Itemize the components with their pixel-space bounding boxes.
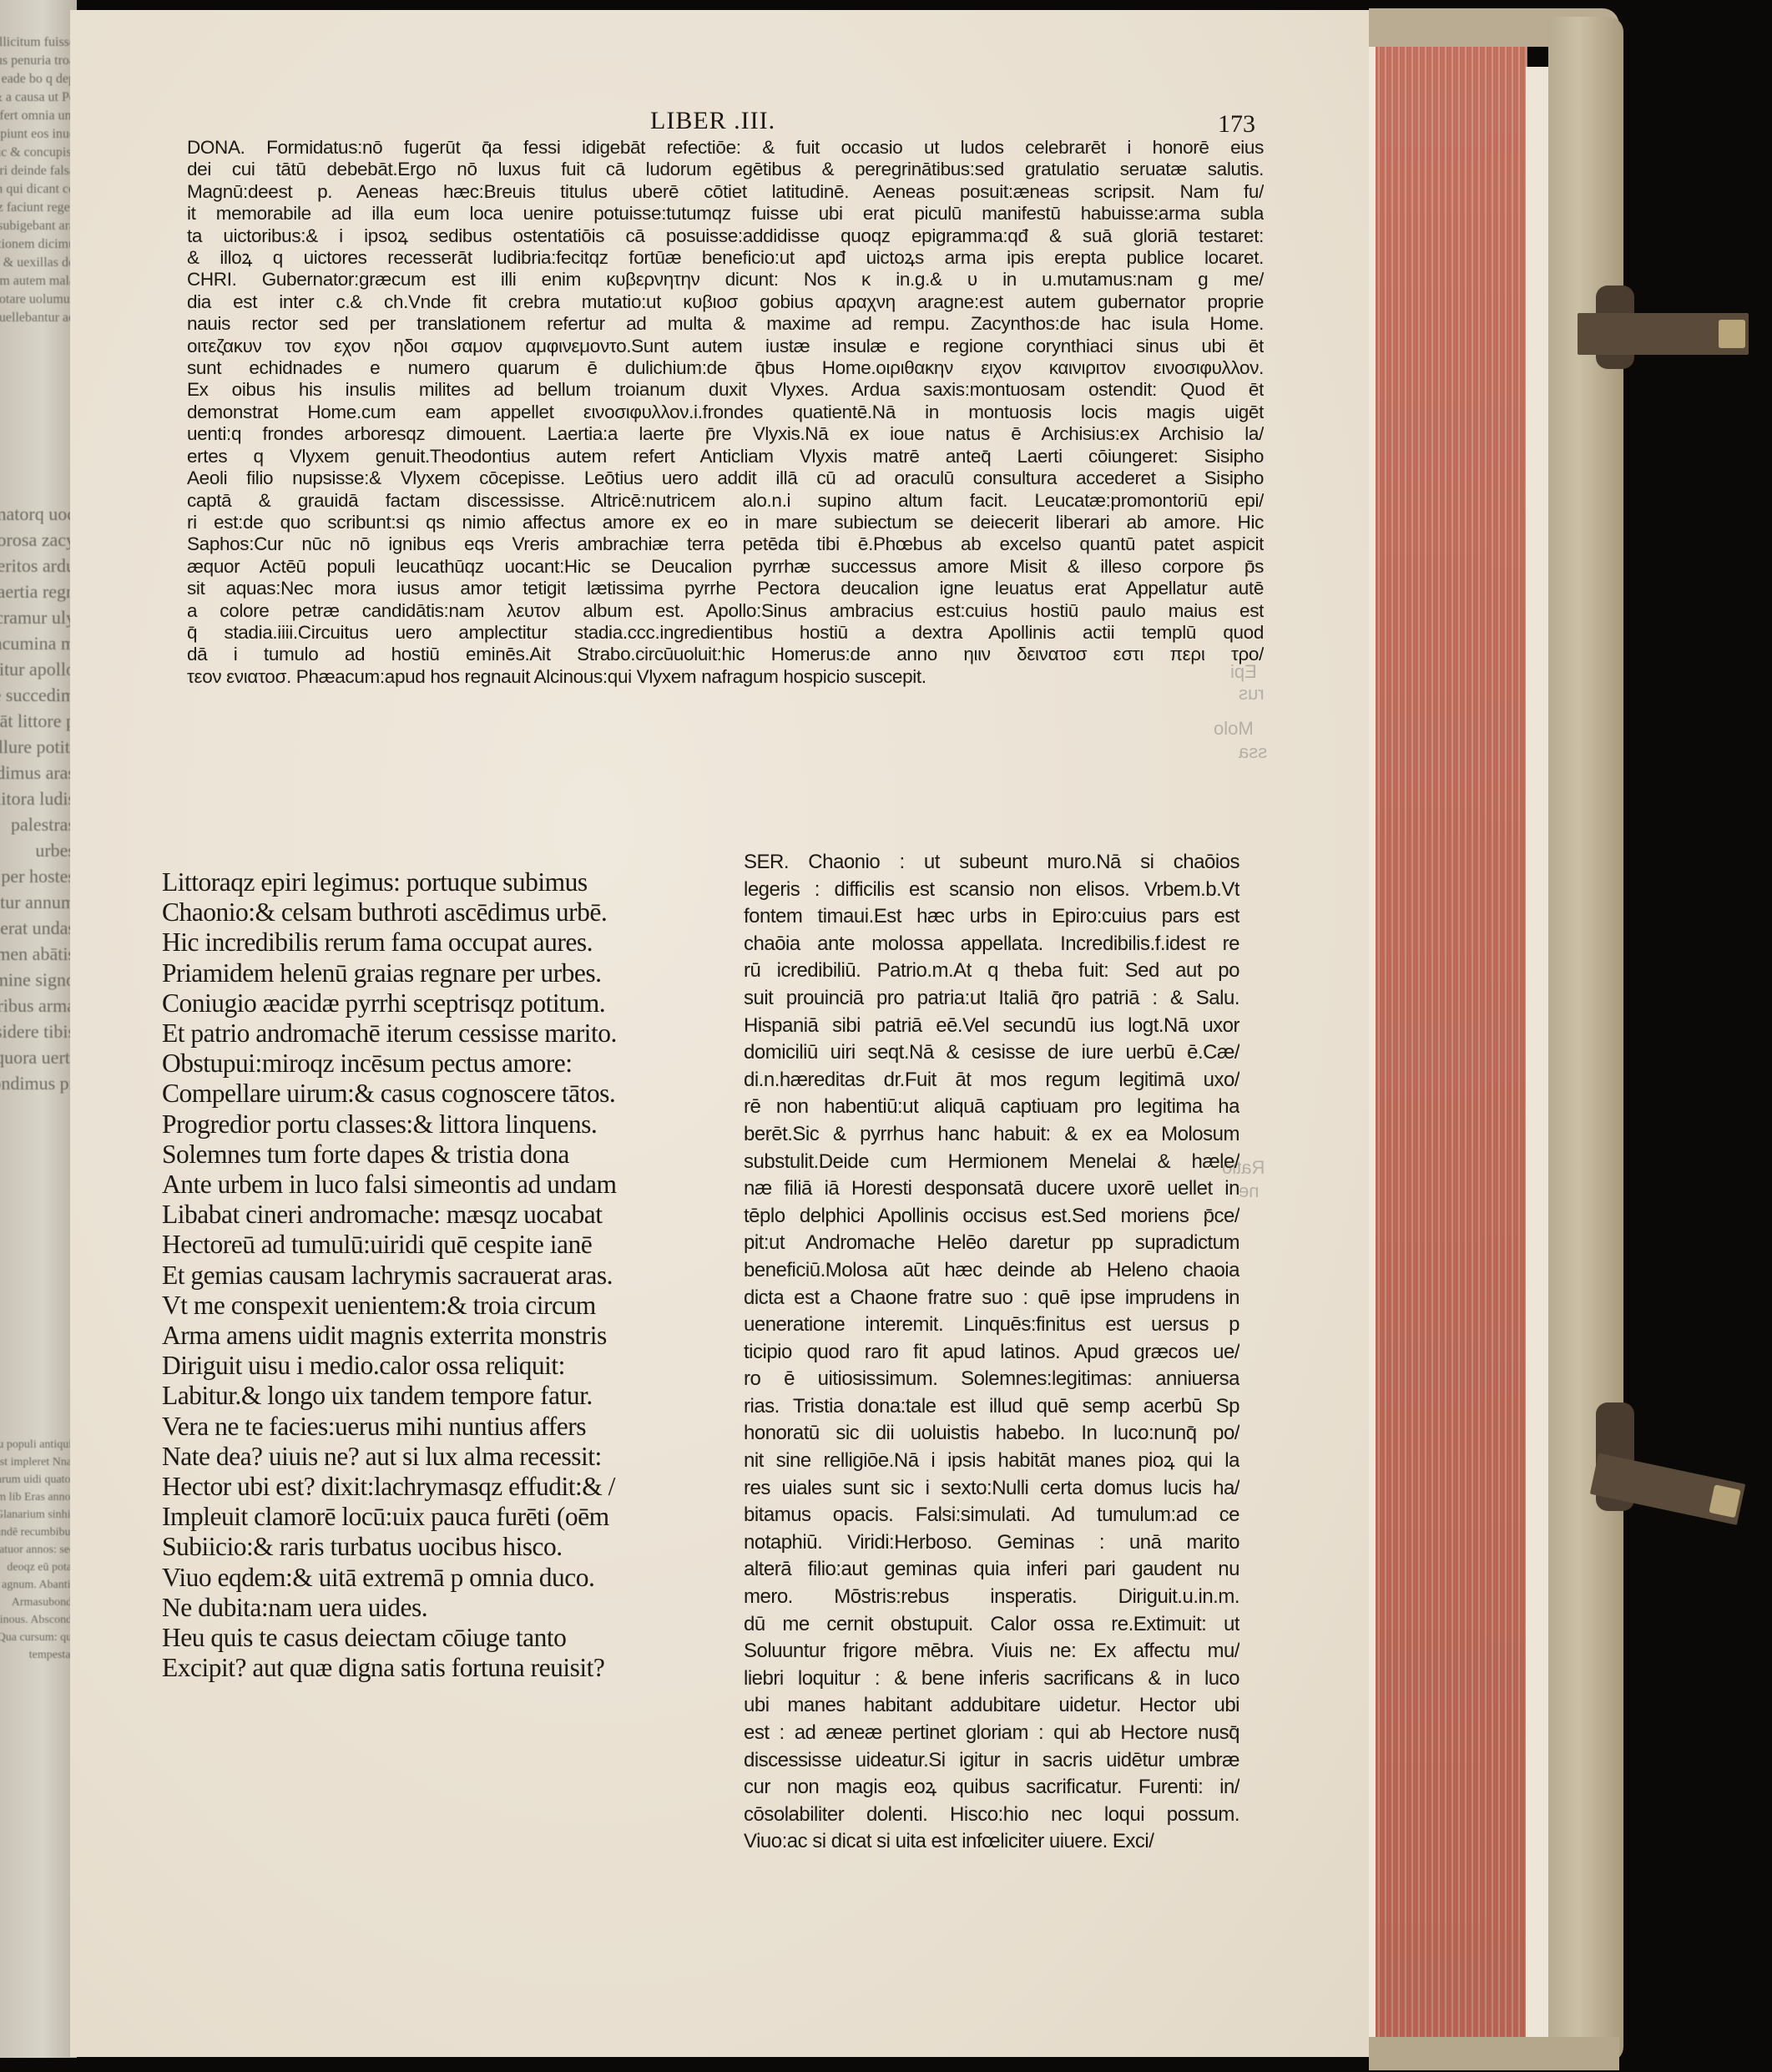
facing-page-line: ruæ succedim <box>0 682 75 708</box>
facing-page-line: cæ laertia regn <box>0 579 75 604</box>
facing-page-line: translationem dicimu <box>0 235 75 254</box>
facing-page-line: qd cupiunt eos inue <box>0 125 75 144</box>
clasp-brass-tip <box>1719 320 1745 348</box>
commentary-line: CHRI. Gubernator:græcum est illi enim κυ… <box>187 269 1264 291</box>
facing-page-line: Pro eade bo q dep <box>0 70 75 88</box>
facing-page-line: ise per hostes <box>0 863 75 889</box>
facing-page-line: Magnum lib Eras annos <box>0 1488 75 1506</box>
verse-line: Heu quis te casus deiectam cōiuge tanto <box>162 1623 729 1653</box>
verse-line: Et patrio andromachē iterum cessisse mar… <box>162 1018 729 1049</box>
commentary-line: nauis rector sed per translationem refer… <box>187 313 1264 335</box>
facing-page-line: Cum autem mala <box>0 272 75 291</box>
commentary-line: demonstrat Home.cum eam appellet εινοσιφ… <box>187 402 1264 423</box>
verse-line: Hic incredibilis rerum fama occupat aure… <box>162 927 729 958</box>
verse-line: Nate dea? uiuis ne? aut si lux alma rece… <box>162 1442 729 1472</box>
commentary-line: rū icredibiliū. Patrio.m.At q theba fuit… <box>744 958 1239 985</box>
verse-line: Libabat cineri andromache: mæsqz uocabat <box>162 1200 729 1230</box>
commentary-line: rias. Tristia dona:tale est illud quē se… <box>744 1393 1239 1421</box>
verse-line: Subiicio:& raris turbatus uocibus hisco. <box>162 1532 729 1562</box>
commentary-line: alterā filio:aut geminas quia inferi par… <box>744 1556 1239 1584</box>
verse-line: Excipit? aut quæ digna satis fortuna reu… <box>162 1653 729 1683</box>
commentary-line: ta uictoribus:& i ipsoꝝ sedibus ostentat… <box>187 225 1264 247</box>
commentary-line: sit aquas:Nec mora iusus amor tetigit læ… <box>187 578 1264 599</box>
commentary-line: cur non magis eoꝝ quibus sacrificatur. F… <box>744 1774 1239 1802</box>
facing-page-line: litora ludis <box>0 786 75 811</box>
commentary-line: οιτεζακυν τον εχον ηδοι σαμον αμφινεμοντ… <box>187 336 1264 357</box>
clasp-strap-top <box>1578 313 1749 355</box>
commentary-column-right: SER. Chaonio : ut subeunt muro.Nā si cha… <box>744 849 1239 1856</box>
commentary-line: ri est:de quo scribunt:si qs nimio affec… <box>187 512 1264 533</box>
verse-line: Compellare uirum:& casus cognoscere tāto… <box>162 1079 729 1109</box>
commentary-line: τεον ενιατοσ. Phæacum:apud hos regnauit … <box>187 666 1264 688</box>
commentary-line: fontem timaui.Est hæc urbs in Epiro:cuiu… <box>744 903 1239 931</box>
commentary-line: beneficiū.Molosa aūt hæc deinde ab Helen… <box>744 1257 1239 1285</box>
commentary-line: sunt echidnades e numero quarum ē dulich… <box>187 357 1264 379</box>
commentary-line: notaphiū. Viridi:Herboso. Geminas : unā … <box>744 1529 1239 1557</box>
facing-page-line: nulli subigebant ara <box>0 217 75 235</box>
facing-page-line: Notare uolumus <box>0 291 75 309</box>
commentary-line: res uiales sunt sic i sexto:Nulli certa … <box>744 1475 1239 1503</box>
facing-page-line: urbes <box>0 837 75 863</box>
commentary-line: mero. Mōstris:rebus insperatis. Diriguit… <box>744 1584 1239 1611</box>
verse-line: Hectoreū ad tumulū:uiridi quē cespite ia… <box>162 1230 729 1260</box>
commentary-line: ticipio quod raro fit apud latinos. Apud… <box>744 1339 1239 1367</box>
verse-line: Obstupui:miroqz incēsum pectus amore: <box>162 1049 729 1079</box>
facing-page-line: abscondimus pr <box>0 1070 75 1096</box>
verse-line: Priamidem helenū graias regnare per urbe… <box>162 958 729 988</box>
facing-page-line: tempestas <box>0 1646 75 1664</box>
commentary-line: tēplo delphici Apollinis occisus est.Sed… <box>744 1203 1239 1231</box>
verse-line: Hector ubi est? dixit:lachrymasqz effudi… <box>162 1472 729 1502</box>
facing-page-line: fa cacumina m <box>0 630 75 656</box>
verse-column: Littoraqz epiri legimus: portuque subimu… <box>162 867 729 1683</box>
commentary-top: DONA. Formidatus:nō fugerūt q̄a fessi id… <box>187 137 1264 688</box>
facing-page-line: nuc & concupisi <box>0 144 75 162</box>
commentary-line: ertes q Vlyxem genuit.Theodontius autem … <box>187 446 1264 467</box>
commentary-line: DONA. Formidatus:nō fugerūt q̄a fessi id… <box>187 137 1264 159</box>
verse-line: Arma amens uidit magnis exterrita monstr… <box>162 1321 729 1351</box>
commentary-line: it memorabile ad illa eum loca uenire po… <box>187 203 1264 225</box>
commentary-line: & illoꝝ q uictores recesserāt ludibria:f… <box>187 247 1264 269</box>
facing-page-line: peritur apollo <box>0 656 75 682</box>
commentary-line: q̄ stadia.iiii.Circuitus uero amplectitu… <box>187 622 1264 644</box>
commentary-line: dū me cernit obstupuit. Calor ossa re.Ex… <box>744 1611 1239 1639</box>
facing-page-line: Glanarium sinhis <box>0 1506 75 1524</box>
commentary-line: bitamus opacis. Falsi:simulati. Ad tumul… <box>744 1502 1239 1529</box>
clasp-brass-tip <box>1709 1484 1740 1518</box>
facing-page-line: ellure potiti <box>0 734 75 760</box>
commentary-line: captā & grauidā factam discessisse. Altr… <box>187 490 1264 512</box>
commentary-line: Ex oibus his insulis milites ad bellum t… <box>187 379 1264 401</box>
verse-line: Solemnes tum forte dapes & tristia dona <box>162 1140 729 1170</box>
facing-page-line: gubernatorq uoc <box>0 501 75 527</box>
facing-page-line: Armasubondi <box>0 1594 75 1611</box>
facing-page-line: & cōsidere tibis <box>0 1018 75 1044</box>
facing-page-text-top: genti pollicitum fuissesummus penuria tr… <box>0 33 75 327</box>
facing-page-line: agnum. Abantis <box>0 1576 75 1594</box>
verse-line: Labitur.& longo uix tandem tempore fatur… <box>162 1381 729 1411</box>
verse-line: Et gemias causam lachrymis sacrauerat ar… <box>162 1261 729 1291</box>
facing-page-line: ilieri deinde falsa <box>0 162 75 180</box>
commentary-line: æquor Actēū populi leucathūqz uocant:Hic… <box>187 556 1264 578</box>
facing-page-line: hostiarum uidi quatos <box>0 1471 75 1488</box>
folio-number: 173 <box>1218 110 1255 139</box>
facing-page-line: toribus arma <box>0 993 75 1018</box>
commentary-line: liebri loquitur : & bene inferis sacrifi… <box>744 1665 1239 1693</box>
commentary-line: dei cui tātū debebāt.Ergo nō luxus fuit … <box>187 159 1264 180</box>
commentary-line: berēt.Sic & pyrrhus hanc habuit: & ex ea… <box>744 1121 1239 1149</box>
bleed-through-note: ssa <box>1239 741 1267 763</box>
facing-page-line: eundē recumbibus <box>0 1524 75 1541</box>
commentary-line: ro ē uitiosissimum. Solemnes:legitimas: … <box>744 1366 1239 1393</box>
commentary-line: Saphos:Cur nūc nō ignibus eqs Vreris amb… <box>187 533 1264 555</box>
running-head: LIBER .III. 173 <box>187 104 1264 137</box>
facing-page-line: summus penuria troa <box>0 52 75 70</box>
verse-line: Diriguit uisu i medio.calor ossa reliqui… <box>162 1351 729 1381</box>
commentary-line: a colore petræ candidātis:nam λευτον alb… <box>187 600 1264 622</box>
commentary-line: Hispaniā sibi patriā eē.Vel secundū ius … <box>744 1013 1239 1040</box>
facing-page-line: uitur annum <box>0 889 75 915</box>
facing-page-line: & meritos ardu <box>0 553 75 579</box>
facing-page-line: incendimus aras <box>0 760 75 786</box>
commentary-line: Magnū:deest p. Aeneas hæc:Breuis titulus… <box>187 181 1264 203</box>
facing-page-line: Qua cursum: qui <box>0 1629 75 1646</box>
facing-page-line: r. stāt littore p <box>0 708 75 734</box>
commentary-line: di.n.hæreditas dr.Fuit āt mos regum legi… <box>744 1067 1239 1094</box>
commentary-line: pit:ut Andromache Helēo daretur pp supra… <box>744 1230 1239 1257</box>
facing-page-text-bottom: Neu populi antiquitest impleret Nnathost… <box>0 1436 75 1664</box>
facing-page-line: ndoqz faciunt reges <box>0 199 75 217</box>
facing-page-line: palestras <box>0 811 75 837</box>
facing-page-line: axillas & uexillas do <box>0 254 75 272</box>
facing-page-line: asperat undas <box>0 915 75 941</box>
commentary-line: suit prouinciā pro patria:ut Italiā q̄ro… <box>744 985 1239 1013</box>
commentary-line: SER. Chaonio : ut subeunt muro.Nā si cha… <box>744 849 1239 877</box>
verse-line: Viuo eqdem:& uitā extremā p omnia duco. <box>162 1563 729 1593</box>
commentary-line: Soluuntur frigore mēbra. Viuis ne: Ex af… <box>744 1638 1239 1665</box>
verse-line: Littoraqz epiri legimus: portuque subimu… <box>162 867 729 897</box>
text-block: LIBER .III. 173 DONA. Formidatus:nō fuge… <box>187 104 1264 688</box>
facing-page-line: Neu populi antiquit <box>0 1436 75 1453</box>
facing-page-line: genti pollicitum fuisse <box>0 33 75 52</box>
endpaper-edge <box>1526 67 1551 2045</box>
commentary-line: ubi manes habitant addubitare uidetur. H… <box>744 1692 1239 1720</box>
facing-page-line: iendo uellebantur ad <box>0 309 75 327</box>
commentary-line: ueneratione interemit. Linquēs:finitus e… <box>744 1311 1239 1339</box>
verse-line: Impleuit clamorē locū:uix pauca furēti (… <box>162 1502 729 1532</box>
facing-page-line: quatuor annos: sed <box>0 1541 75 1559</box>
facing-page-left: genti pollicitum fuissesummus penuria tr… <box>0 0 77 2058</box>
bleed-through-note: ne <box>1239 1180 1259 1202</box>
commentary-line: rē non habentiū:ut aliquā captiuam pro l… <box>744 1094 1239 1121</box>
commentary-line: honoratū sic dii uoluistis habebo. In lu… <box>744 1420 1239 1448</box>
commentary-line: næ filiā iā Horesti desponsatā ducere ux… <box>744 1175 1239 1203</box>
commentary-line: dia est inter c.& ch.Vnde fit crebra mut… <box>187 291 1264 313</box>
commentary-line: est : ad æneæ pertinet gloriam : qui ab … <box>744 1720 1239 1747</box>
commentary-line: Viuo:ac si dicat si uita est infœliciter… <box>744 1828 1239 1856</box>
red-fore-edge <box>1376 33 1527 2054</box>
commentary-line: domiciliū uiri seqt.Nā & cesisse de iure… <box>744 1039 1239 1067</box>
verse-line: Vera ne te facies:uerus mihi nuntius aff… <box>162 1412 729 1442</box>
facing-page-line: mentu & a causa ut Pe <box>0 88 75 107</box>
running-title: LIBER .III. <box>650 107 775 135</box>
facing-page-text-mid: gubernatorq uocmemorosa zacy& meritos ar… <box>0 501 75 1096</box>
verse-line: Vt me conspexit uenientem:& troia circum <box>162 1291 729 1321</box>
commentary-line: nit sine relligiōe.Nā i ipsis habitāt ma… <box>744 1448 1239 1475</box>
commentary-line: legeris : difficilis est scansio non eli… <box>744 877 1239 904</box>
bleed-through-note: Molo <box>1214 718 1254 740</box>
facing-page-line: deoqz eū potat <box>0 1559 75 1576</box>
facing-page-line: carmine signo <box>0 967 75 993</box>
commentary-line: uenti:q frondes arboresqz dimouent. Laer… <box>187 423 1264 445</box>
facing-page-line: execramur uly <box>0 604 75 630</box>
verse-line: Ante urbem in luco falsi simeontis ad un… <box>162 1170 729 1200</box>
facing-page-line: Alcinous. Abscondi <box>0 1611 75 1629</box>
facing-page-line: memorosa zacy <box>0 527 75 553</box>
verse-line: Ne dubita:nam uera uides. <box>162 1593 729 1623</box>
facing-page-line: autem qui dicant co <box>0 180 75 199</box>
binding-bottom-corner <box>1369 2037 1619 2070</box>
commentary-line: cōsolabiliter dolenti. Hisco:hio nec loq… <box>744 1802 1239 1829</box>
book-page: Epi rus Molo ssa Ratio ne LIBER .III. 17… <box>70 10 1381 2057</box>
commentary-line: dā i tumulo ad hostiū eminēs.Ait Strabo.… <box>187 644 1264 665</box>
commentary-line: substulit.Deide cum Hermionem Menelai & … <box>744 1149 1239 1176</box>
facing-page-line: gestamen abātis <box>0 941 75 967</box>
facing-page-line: & æquora uerti <box>0 1044 75 1070</box>
commentary-line: dicta est a Chaone fratre suo : quē ipse… <box>744 1285 1239 1312</box>
commentary-line: discessisse uideatur.Si igitur in sacris… <box>744 1747 1239 1775</box>
commentary-line: chaōia ante molossa appellata. Incredibi… <box>744 931 1239 958</box>
commentary-line: Aeoli filio nupsisse:& Vlyxem cōcepisse.… <box>187 467 1264 489</box>
facing-page-line: est impleret Nnat <box>0 1453 75 1471</box>
facing-page-line: qui refert omnia uni <box>0 107 75 125</box>
verse-line: Coniugio æacidæ pyrrhi sceptrisqz potitu… <box>162 988 729 1018</box>
verse-line: Chaonio:& celsam buthroti ascēdimus urbē… <box>162 897 729 927</box>
verse-line: Progredior portu classes:& littora linqu… <box>162 1109 729 1140</box>
